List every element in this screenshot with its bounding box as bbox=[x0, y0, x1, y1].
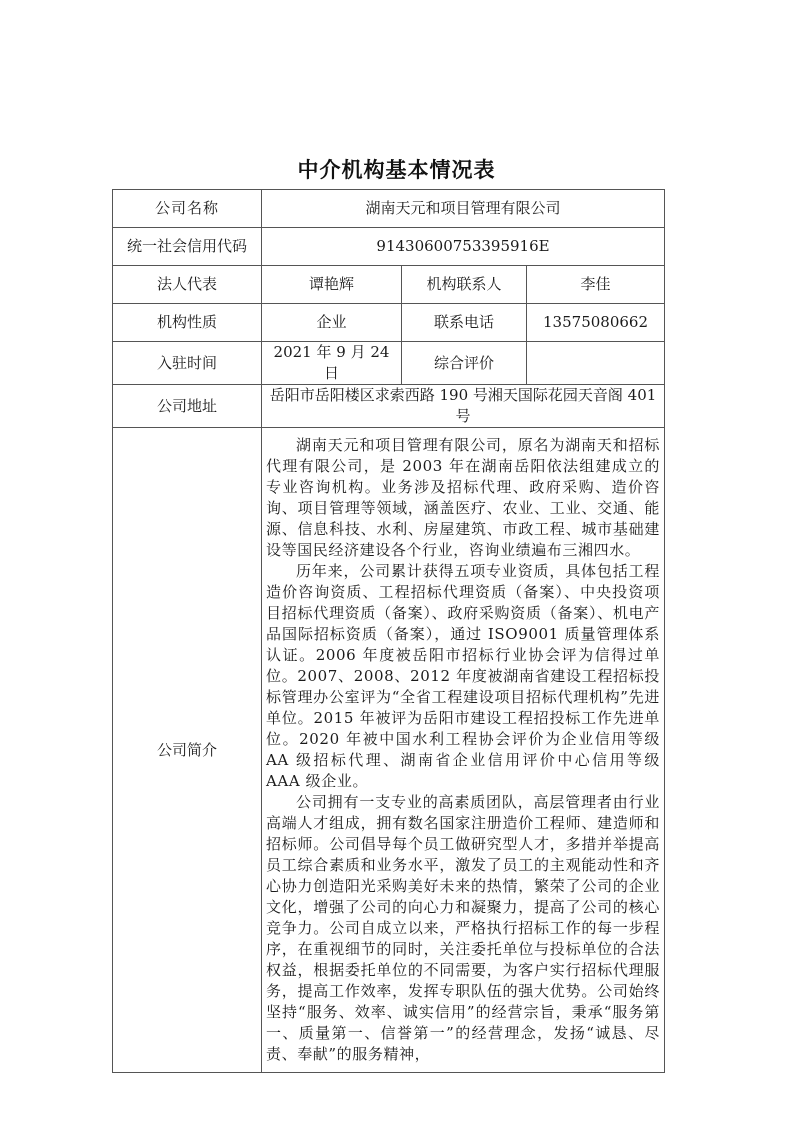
legal-rep-value: 谭艳辉 bbox=[262, 266, 402, 304]
intro-paragraph: 湖南天元和项目管理有限公司，原名为湖南天和招标代理有限公司，是 2003 年在湖… bbox=[266, 435, 660, 561]
company-name-label: 公司名称 bbox=[113, 190, 262, 228]
address-value: 岳阳市岳阳楼区求索西路 190 号湘天国际花园天音阁 401 号 bbox=[262, 385, 665, 428]
row-credit-code: 统一社会信用代码 91430600753395916E bbox=[113, 228, 665, 266]
intro-label: 公司简介 bbox=[113, 428, 262, 1073]
row-entry-date: 入驻时间 2021 年 9 月 24 日 综合评价 bbox=[113, 342, 665, 385]
entry-date-value: 2021 年 9 月 24 日 bbox=[262, 342, 402, 385]
row-address: 公司地址 岳阳市岳阳楼区求索西路 190 号湘天国际花园天音阁 401 号 bbox=[113, 385, 665, 428]
intro-content: 湖南天元和项目管理有限公司，原名为湖南天和招标代理有限公司，是 2003 年在湖… bbox=[262, 428, 665, 1073]
legal-rep-label: 法人代表 bbox=[113, 266, 262, 304]
phone-label: 联系电话 bbox=[402, 304, 527, 342]
company-name-value: 湖南天元和项目管理有限公司 bbox=[262, 190, 665, 228]
address-label: 公司地址 bbox=[113, 385, 262, 428]
row-org-type: 机构性质 企业 联系电话 13575080662 bbox=[113, 304, 665, 342]
credit-code-value: 91430600753395916E bbox=[262, 228, 665, 266]
intro-paragraph: 历年来，公司累计获得五项专业资质，具体包括工程造价咨询资质、工程招标代理资质（备… bbox=[266, 561, 660, 792]
agency-info-table: 公司名称 湖南天元和项目管理有限公司 统一社会信用代码 914306007533… bbox=[112, 189, 665, 1073]
entry-date-label: 入驻时间 bbox=[113, 342, 262, 385]
contact-person-value: 李佳 bbox=[527, 266, 665, 304]
rating-value bbox=[527, 342, 665, 385]
org-type-label: 机构性质 bbox=[113, 304, 262, 342]
contact-person-label: 机构联系人 bbox=[402, 266, 527, 304]
phone-value: 13575080662 bbox=[527, 304, 665, 342]
row-legal-rep: 法人代表 谭艳辉 机构联系人 李佳 bbox=[113, 266, 665, 304]
credit-code-label: 统一社会信用代码 bbox=[113, 228, 262, 266]
row-company-name: 公司名称 湖南天元和项目管理有限公司 bbox=[113, 190, 665, 228]
page-title: 中介机构基本情况表 bbox=[0, 154, 793, 184]
row-intro: 公司简介 湖南天元和项目管理有限公司，原名为湖南天和招标代理有限公司，是 200… bbox=[113, 428, 665, 1073]
rating-label: 综合评价 bbox=[402, 342, 527, 385]
intro-paragraph: 公司拥有一支专业的高素质团队，高层管理者由行业高端人才组成，拥有数名国家注册造价… bbox=[266, 792, 660, 1065]
org-type-value: 企业 bbox=[262, 304, 402, 342]
